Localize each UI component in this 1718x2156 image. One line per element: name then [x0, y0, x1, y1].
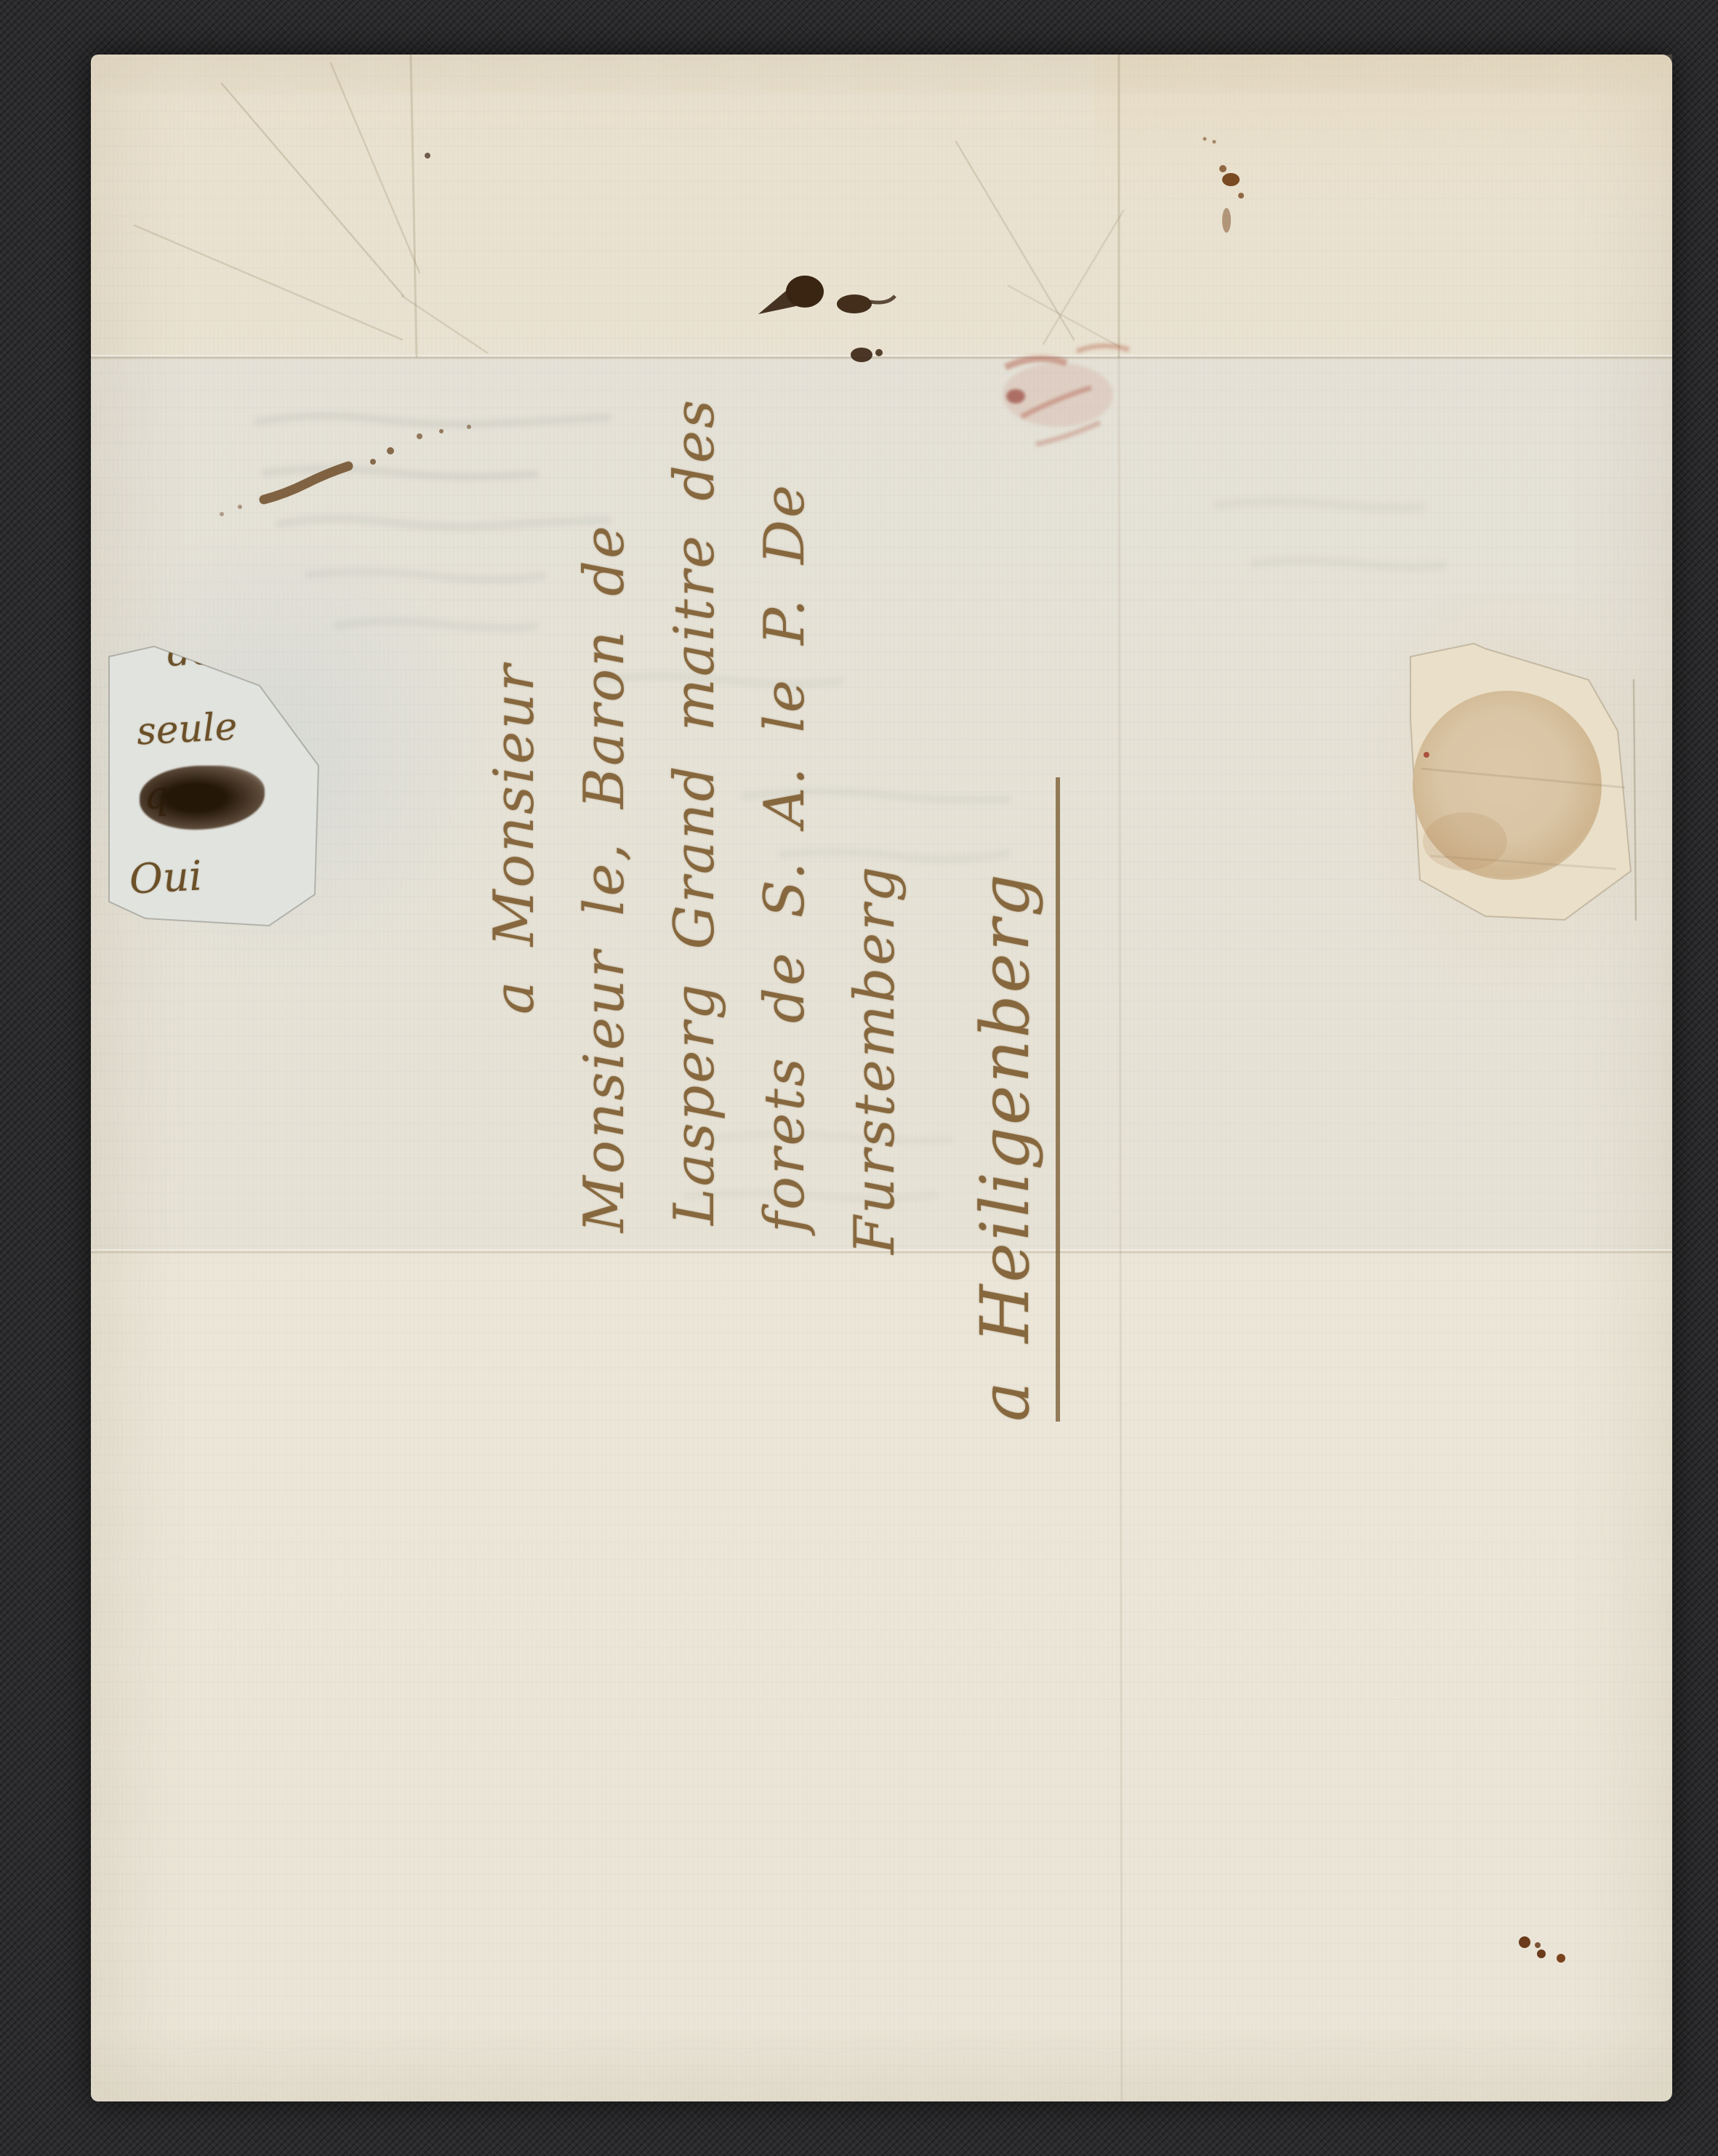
ink-streak-smear [220, 425, 471, 516]
fragment-word: Oui [128, 852, 203, 903]
seal-patch [1410, 644, 1631, 920]
address-line: Furstemberg [830, 433, 920, 1451]
address-block: a Monsieur Monsieur le, Baron de Lasperg… [469, 433, 1051, 1451]
address-line: Lasperg Grand maitre des [649, 433, 739, 1451]
fragment-word: seule [136, 705, 238, 753]
address-line: forets de S. A. le P. De [739, 433, 830, 1451]
stain-specks-bottom-right [1519, 1936, 1565, 1963]
address-line: a Heiligenberg [960, 433, 1051, 1451]
ink-blot-stain [425, 153, 895, 362]
letter-verso-page: de seule que Oui a Monsieur Monsieur le,… [91, 55, 1672, 2101]
ink-blot-on-fragment [140, 766, 265, 830]
address-line: Monsieur le, Baron de [559, 433, 649, 1451]
red-wax-smudge [1003, 345, 1129, 444]
stain-specks-top [1203, 137, 1245, 233]
photo-background: de seule que Oui a Monsieur Monsieur le,… [0, 0, 1718, 2156]
address-line: a Monsieur [469, 433, 559, 1451]
